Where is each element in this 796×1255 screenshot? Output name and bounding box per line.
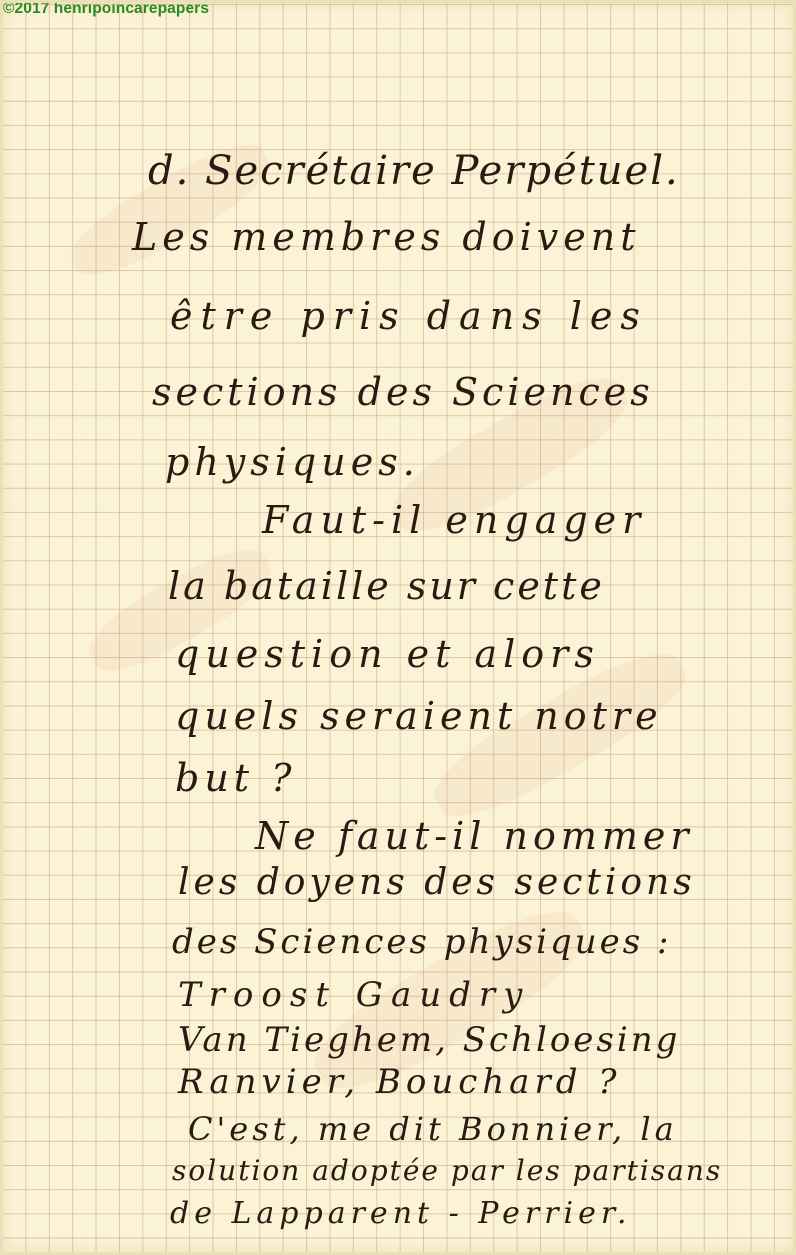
- manuscript-line: solution adoptée par les partisans: [172, 1154, 722, 1187]
- manuscript-line: C'est, me dit Bonnier, la: [188, 1110, 678, 1148]
- manuscript-line: Faut-il engager: [262, 498, 646, 542]
- manuscript-line: des Sciences physiques :: [172, 922, 671, 962]
- manuscript-line: question et alors: [175, 632, 600, 676]
- manuscript-page: ©2017 henripoincarepapers d. Secrétaire …: [0, 0, 796, 1255]
- copyright-watermark: ©2017 henripoincarepapers: [3, 0, 209, 18]
- manuscript-line: Les membres doivent: [132, 215, 640, 259]
- manuscript-line: Ranvier, Bouchard ?: [178, 1062, 622, 1102]
- manuscript-line: Troost Gaudry: [178, 975, 530, 1015]
- manuscript-line: être pris dans les: [170, 294, 648, 338]
- manuscript-line: physiques.: [165, 440, 420, 484]
- manuscript-line: de Lapparent - Perrier.: [170, 1196, 631, 1231]
- manuscript-line: sections des Sciences: [152, 370, 654, 414]
- manuscript-line: Van Tieghem, Schloesing: [178, 1020, 680, 1060]
- manuscript-line: la bataille sur cette: [168, 564, 605, 608]
- manuscript-line: Ne faut-il nommer: [255, 814, 694, 858]
- manuscript-line: quels seraient notre: [175, 694, 663, 738]
- manuscript-line: les doyens des sections: [178, 862, 696, 903]
- manuscript-line: but ?: [175, 756, 297, 800]
- manuscript-line: d. Secrétaire Perpétuel.: [148, 148, 680, 194]
